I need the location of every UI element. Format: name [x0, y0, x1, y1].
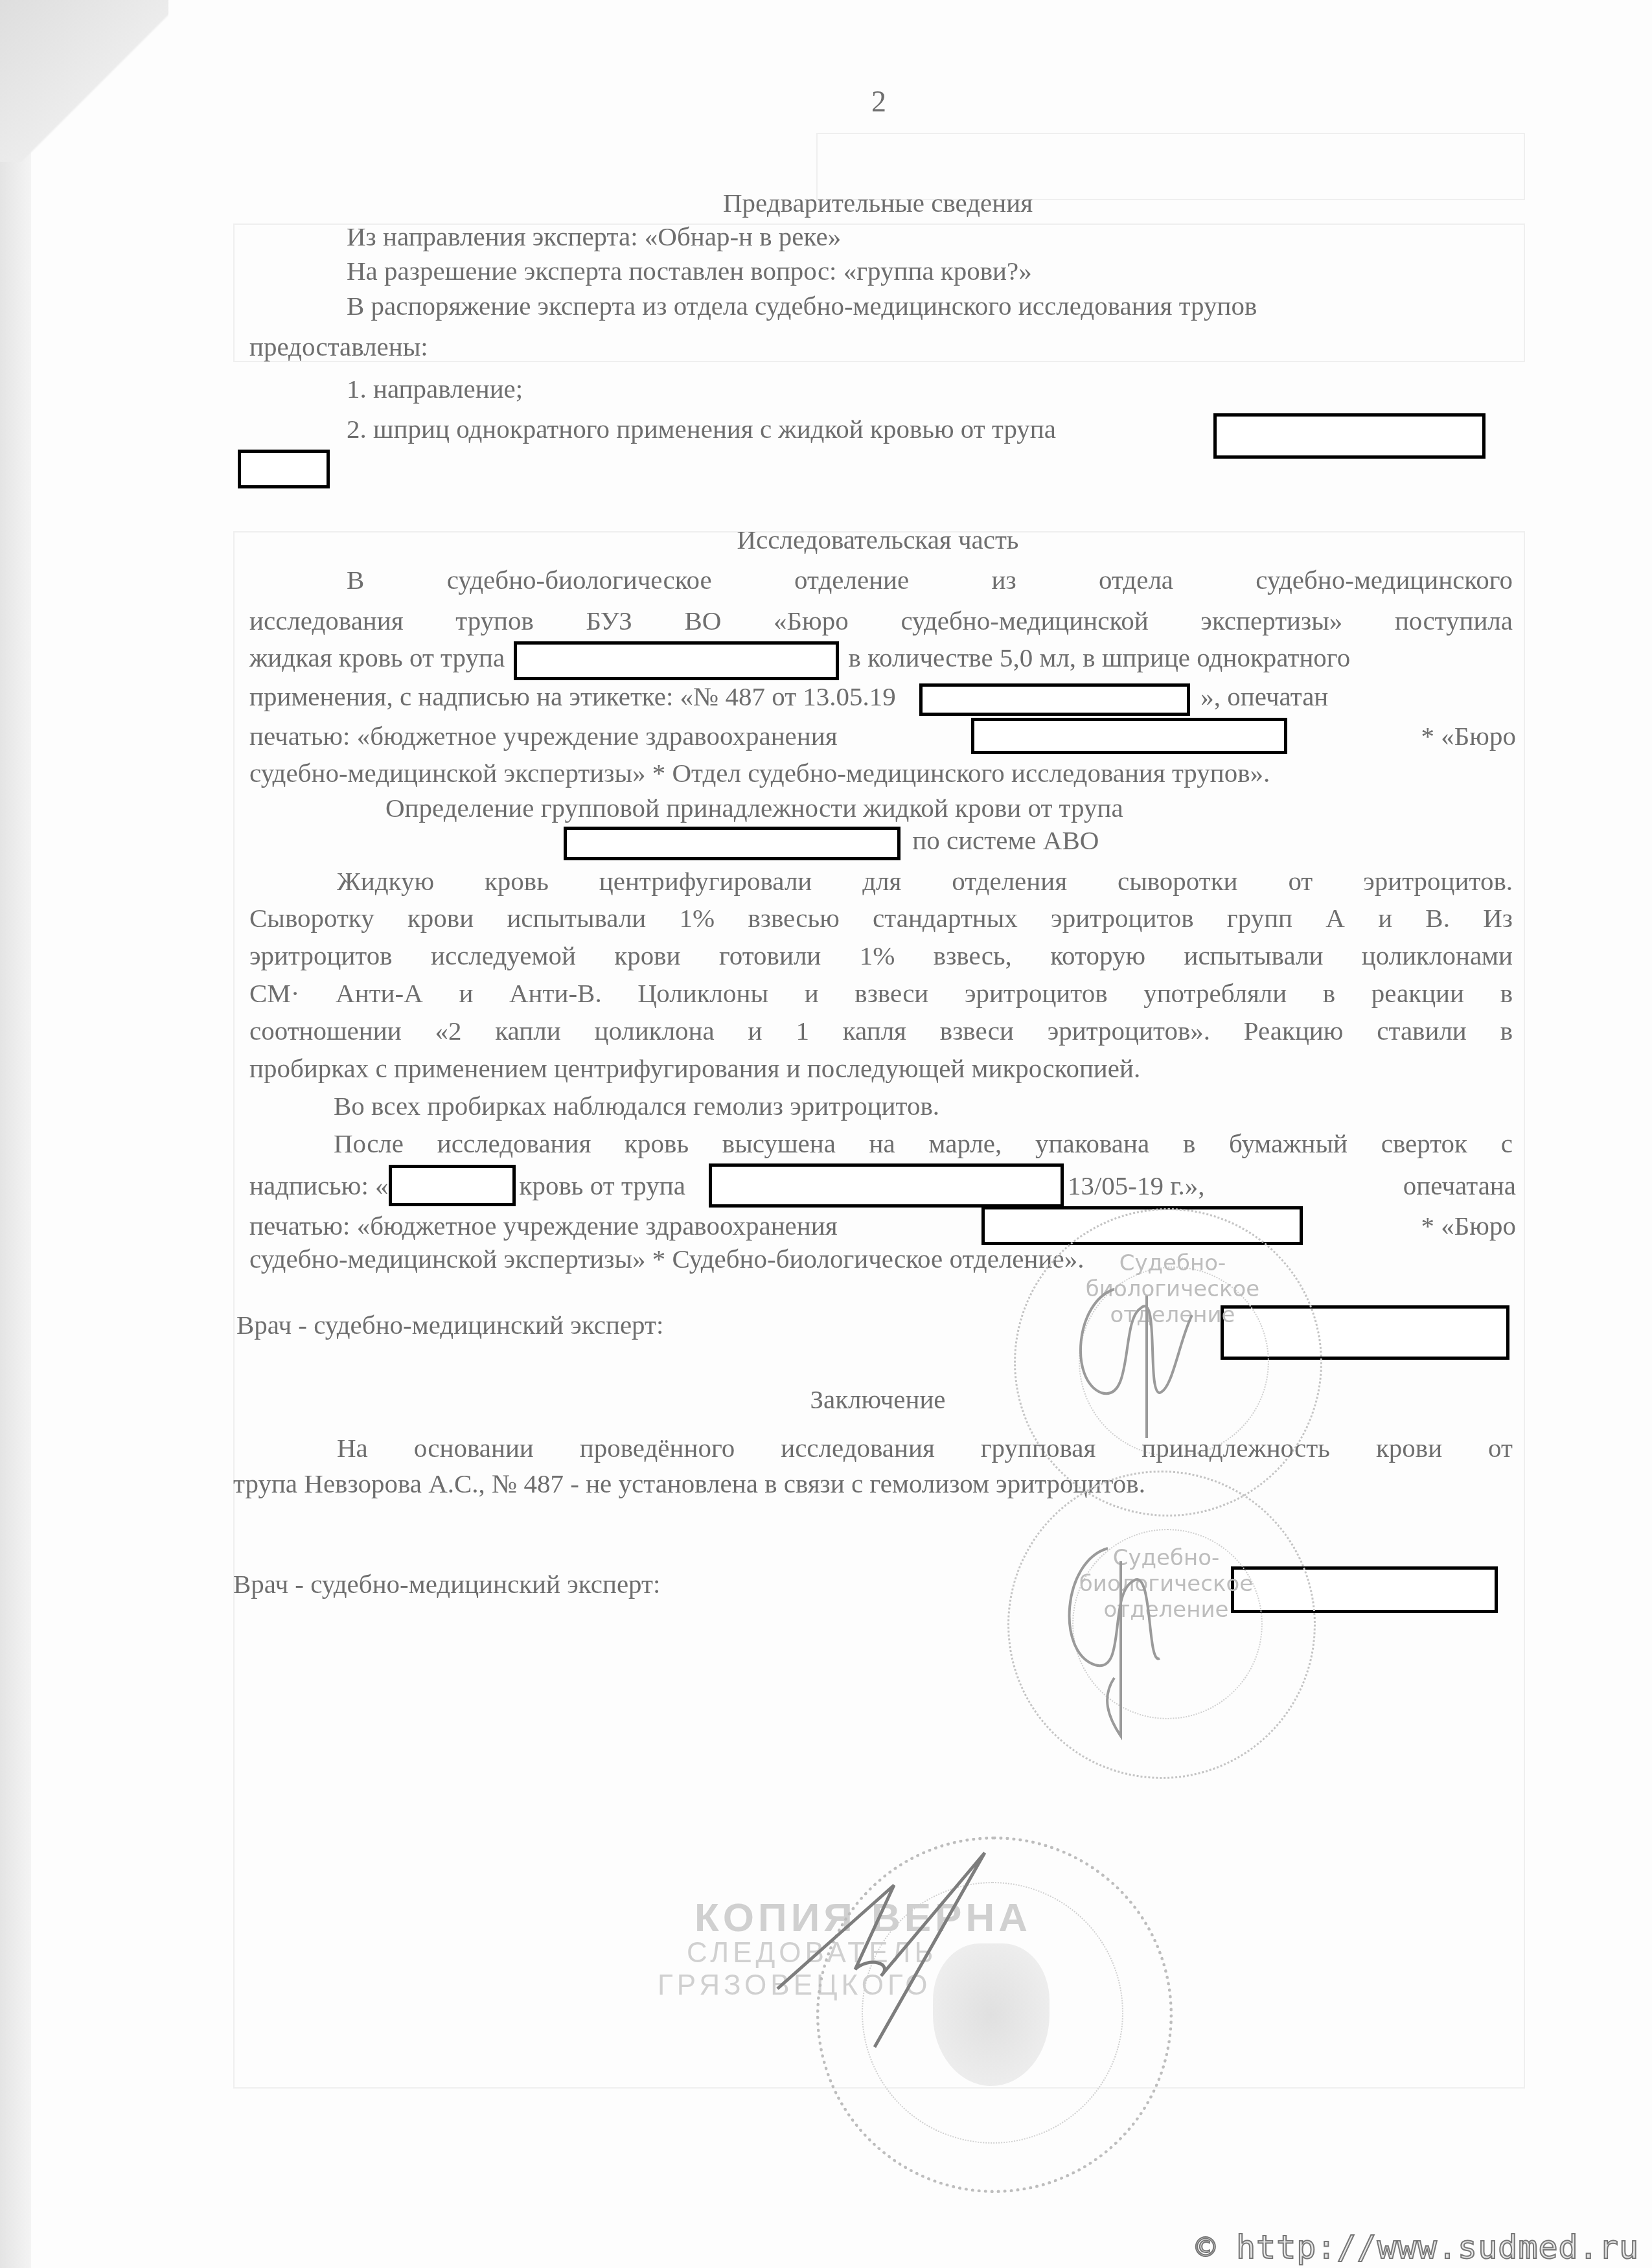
- signature-label: Врач - судебно-медицинский эксперт:: [236, 1309, 663, 1341]
- text-line: Сыворотку крови испытывали 1% взвесью ст…: [249, 902, 1513, 934]
- sudmed-watermark: © http://www.sudmed.ru: [1196, 2228, 1639, 2266]
- text-fragment: опечатана: [1403, 1169, 1516, 1202]
- signature-label: Врач - судебно-медицинский эксперт:: [233, 1568, 660, 1600]
- signature-scribble: [764, 1840, 1037, 2060]
- text-line: Жидкую кровь центрифугировали для отделе…: [337, 865, 1513, 897]
- text-line: надписью: « кровь от трупа 13/05-19 г.»,…: [249, 1163, 1516, 1208]
- text-fragment: печатью: «бюджетное учреждение здравоохр…: [249, 720, 838, 752]
- redaction-box: [709, 1163, 1064, 1208]
- text-fragment: кровь от трупа: [520, 1169, 685, 1202]
- text-line: применения, с надписью на этикетке: «№ 4…: [249, 680, 1328, 716]
- text-line: СМ· Анти-А и Анти-В. Цоликлоны и взвеси …: [249, 977, 1513, 1009]
- text-fragment: * «Бюро: [1421, 1209, 1516, 1242]
- section-heading-research: Исследовательская часть: [240, 523, 1516, 556]
- text-line: судебно-медицинской экспертизы» * Судебн…: [249, 1243, 1084, 1275]
- text-line: В судебно-биологическое отделение из отд…: [347, 564, 1513, 596]
- redaction-box: [389, 1165, 516, 1206]
- text-fragment: жидкая кровь от трупа: [249, 643, 505, 672]
- section-heading-preliminary: Предварительные сведения: [240, 187, 1516, 219]
- signature-scribble: [1050, 1522, 1218, 1749]
- subheading-abo-line2: по системе АВО: [564, 824, 1099, 860]
- list-item: 1. направление;: [347, 372, 523, 405]
- text-line: В распоряжение эксперта из отдела судебн…: [347, 290, 1257, 322]
- text-fragment: * «Бюро: [1421, 720, 1516, 752]
- scan-left-edge-shadow: [0, 0, 31, 2268]
- text-line: печатью: «бюджетное учреждение здравоохр…: [249, 718, 1516, 754]
- text-fragment: в количестве 5,0 мл, в шприце однократно…: [849, 643, 1351, 672]
- text-fragment: применения, с надписью на этикетке: «№ 4…: [249, 682, 896, 711]
- text-line: пробирках с применением центрифугировани…: [249, 1052, 1140, 1084]
- text-fragment: по системе АВО: [912, 825, 1099, 855]
- redaction-box: [919, 683, 1190, 716]
- text-fragment: 13/05-19 г.»,: [1068, 1169, 1205, 1202]
- text-fragment: надписью: «: [249, 1169, 389, 1202]
- redaction-box: [1213, 413, 1486, 459]
- redaction-box: [971, 718, 1287, 754]
- signature-scribble: [1062, 1263, 1231, 1445]
- text-line: Во всех пробирках наблюдался гемолиз эри…: [334, 1090, 939, 1122]
- text-line: предоставлены:: [249, 330, 428, 363]
- text-line: жидкая кровь от трупа в количестве 5,0 м…: [249, 641, 1350, 680]
- redaction-box: [564, 827, 901, 860]
- page-number: 2: [871, 84, 886, 119]
- redaction-box: [238, 450, 330, 488]
- redaction-box: [514, 641, 839, 680]
- text-fragment: печатью: «бюджетное учреждение здравоохр…: [249, 1209, 838, 1242]
- text-line: На разрешение эксперта поставлен вопрос:…: [347, 255, 1032, 287]
- text-line: печатью: «бюджетное учреждение здравоохр…: [249, 1206, 1516, 1245]
- subheading-abo: Определение групповой принадлежности жид…: [385, 792, 1123, 824]
- text-line: эритроцитов исследуемой крови готовили 1…: [249, 939, 1513, 972]
- section-heading-conclusion: Заключение: [240, 1383, 1516, 1415]
- text-line: судебно-медицинской экспертизы» * Отдел …: [249, 757, 1270, 789]
- text-line: соотношении «2 капли цоликлона и 1 капля…: [249, 1014, 1513, 1047]
- text-line: исследования трупов БУЗ ВО «Бюро судебно…: [249, 604, 1513, 637]
- text-line: трупа Невзорова А.С., № 487 - не установ…: [233, 1467, 1145, 1500]
- text-line: На основании проведённого исследования г…: [337, 1432, 1513, 1464]
- text-fragment: », опечатан: [1200, 682, 1328, 711]
- text-line: После исследования кровь высушена на мар…: [334, 1127, 1513, 1160]
- scan-folded-corner: [0, 0, 168, 162]
- text-line: Из направления эксперта: «Обнар-н в реке…: [347, 220, 841, 253]
- list-item: 2. шприц однократного применения с жидко…: [347, 413, 1056, 445]
